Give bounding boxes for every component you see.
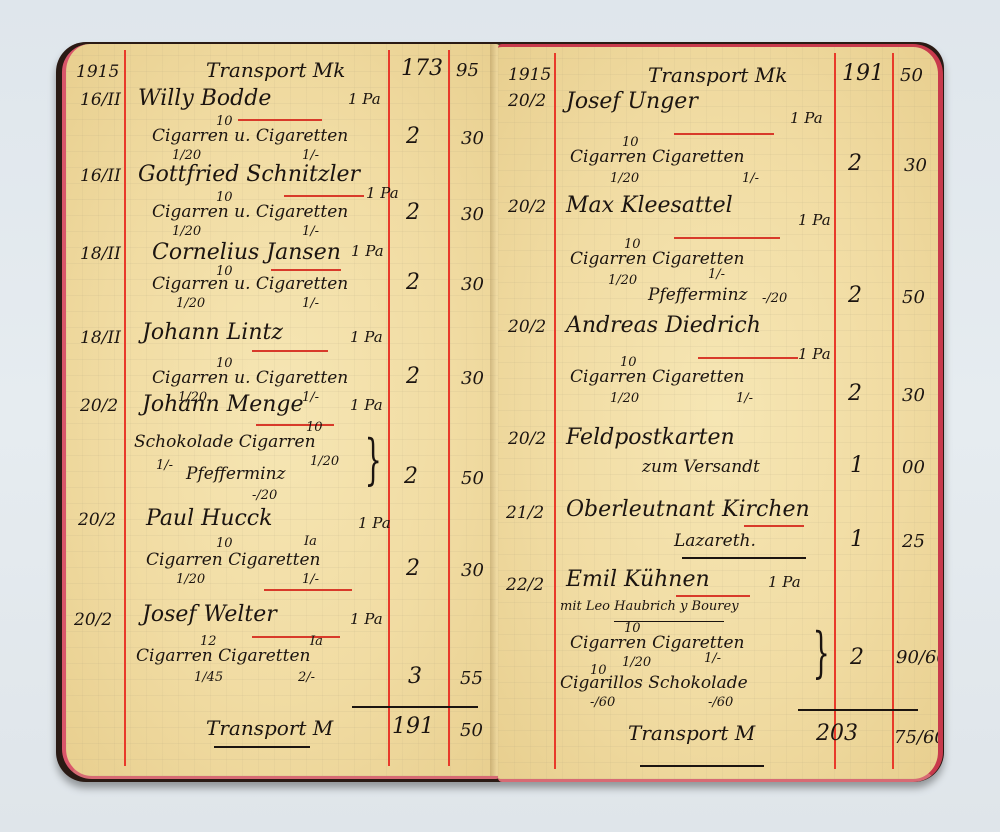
entry-mark: 1 [850,453,864,478]
entry-unit: 1 Pa [350,328,383,346]
entry-date: 20/2 [78,510,116,530]
entry-name: Willy Bodde [138,86,271,111]
entry-sub-b: 1/- [736,391,753,406]
name-underline [674,237,780,239]
entry-unit: 1 Pa [350,610,383,628]
name-underline [238,119,322,121]
transport-footer-pf: 75/60 [894,727,943,748]
entry-date: 22/2 [506,575,544,595]
footer-underline [214,746,310,748]
entry-items: Cigarren Cigaretten [570,147,744,167]
entry-pf: 30 [461,368,484,389]
entry-mark: 2 [850,645,864,670]
pfennig-column-rule [892,53,894,769]
transport-footer-label: Transport M [206,716,333,740]
entry-grade: Ia [304,534,317,549]
entry-sub-a: 1/20 [176,296,205,311]
transport-footer-mark: 203 [816,721,858,746]
entry-name: Gottfried Schnitzler [138,162,360,187]
entry-line2: zum Versandt [642,457,760,477]
entry-mark: 2 [848,381,862,406]
name-underline [284,195,364,197]
entry-qty: 10 [216,536,233,551]
entry-extra: Pfefferminz [648,285,748,305]
entry-sub-a: 1/20 [622,655,651,670]
entry-sub-b: 1/- [708,267,725,282]
entry-sub-b: 1/- [302,572,319,587]
entry-unit: 1 Pa [366,184,399,202]
entry-name: Paul Hucck [146,506,272,531]
entry-mark: 3 [408,664,422,689]
entry-date: 18/II [80,328,121,348]
entry-unit: 1 Pa [351,242,384,260]
entry-name: Emil Kühnen [566,567,710,592]
name-underline [674,133,774,135]
entry-pf: 30 [461,204,484,225]
transport-header-mark: 173 [401,56,443,81]
entry-unit: 1 Pa [798,345,831,363]
entry-name: Josef Welter [142,602,277,627]
pfennig-column-rule [448,50,450,766]
total-rule [352,706,478,708]
name-underline [252,350,328,352]
entry-date: 16/II [80,90,121,110]
entry-sub-b: 1/- [302,148,319,163]
entry-sub-a: 1/20 [172,148,201,163]
total-rule [798,709,918,711]
entry-pf: 25 [902,531,925,552]
entry-sub-b: 1/- [302,224,319,239]
date-column-rule [554,53,556,769]
entry-extra-price: -/20 [762,291,787,306]
entry-extra-price-a: -/60 [590,695,615,710]
entry-extra-price: -/20 [252,488,277,503]
entry-name: Johann Lintz [142,320,283,345]
entry-extra: Cigarillos Schokolade [560,673,748,693]
mark-column-rule [388,50,390,766]
entry-items: Cigarren u. Cigaretten [152,126,348,146]
entry-pf: 50 [461,468,484,489]
entry-items: Cigarren Cigaretten [136,646,310,666]
entry-note: mit Leo Haubrich y Bourey [560,599,739,614]
left-page: 1915 Transport Mk 173 95 16/II Willy Bod… [62,44,500,779]
entry-sub-a: 1/20 [172,224,201,239]
entry-sub-b: 1/- [302,296,319,311]
transport-footer-pf: 50 [460,720,483,741]
transport-footer-label: Transport M [628,721,755,745]
right-page: 1915 Transport Mk 191 50 20/2 Josef Unge… [498,44,943,782]
entry-mark: 2 [406,556,420,581]
entry-date: 20/2 [508,317,546,337]
entry-items: Cigarren u. Cigaretten [152,274,348,294]
entry-mark: 2 [406,200,420,225]
entry-extra-price-b: -/60 [708,695,733,710]
entry-line2: Lazareth. [674,531,756,551]
entry-pf: 50 [902,287,925,308]
name-underline [252,636,340,638]
footer-underline [640,765,764,767]
entry-sub-b: 2/- [298,670,315,685]
entry-items: Cigarren u. Cigaretten [152,202,348,222]
entry-pf: 30 [461,560,484,581]
entry-mark: 2 [406,124,420,149]
entry-name: Andreas Diedrich [566,313,761,338]
entry-date: 20/2 [80,396,118,416]
entry-items: Cigarren Cigaretten [570,249,744,269]
entry-sub-b: 1/- [302,390,319,405]
entry-pf: 30 [461,128,484,149]
entry-sub-a: 1/20 [608,273,637,288]
entry-date: 16/II [80,166,121,186]
entry-unit: 1 Pa [348,90,381,108]
name-underline [744,525,804,527]
entry-name: Cornelius Jansen [152,240,341,265]
entry-date: 18/II [80,244,121,264]
entry-date: 20/2 [508,429,546,449]
entry-sub-a: 1/20 [176,572,205,587]
entry-grade: Ia [310,634,323,649]
entry-extra: Pfefferminz [186,464,286,484]
entry-date: 20/2 [508,197,546,217]
entry-name: Oberleutnant Kirchen [566,497,810,522]
transport-header-pf: 50 [900,65,923,86]
entry-items: Cigarren Cigaretten [146,550,320,570]
entry-pf: 30 [902,385,925,406]
entry-sub-b: 1/- [742,171,759,186]
grouping-brace: } [365,428,382,491]
entry-unit: 1 Pa [790,109,823,127]
entry-name: Max Kleesattel [566,193,733,218]
entry-sub-a: 1/20 [610,391,639,406]
entry-mark: 2 [404,464,418,489]
entry-mark: 2 [848,151,862,176]
transport-header-pf: 95 [456,60,479,81]
entry-sub-b: 1/- [704,651,721,666]
date-column-rule [124,50,126,766]
entry-pf: 00 [902,457,925,478]
entry-sub-a: 1/20 [610,171,639,186]
entry-unit: 1 Pa [358,514,391,532]
transport-footer-mark: 191 [392,714,434,739]
entry-items: Schokolade Cigarren [134,432,316,452]
transport-header-label: Transport Mk [648,63,787,87]
entry-pf: 55 [460,668,483,689]
entry-divider [682,557,806,559]
entry-name: Josef Unger [566,89,698,114]
transport-header-mark: 191 [842,61,884,86]
entry-name: Feldpostkarten [566,425,735,450]
entry-date: 20/2 [508,91,546,111]
entry-pf: 30 [461,274,484,295]
entry-unit: 1 Pa [350,396,383,414]
entry-items: Cigarren Cigaretten [570,633,744,653]
entry-mark: 2 [406,270,420,295]
name-underline [698,357,798,359]
mark-column-rule [834,53,836,769]
year: 1915 [76,62,119,82]
entry-items: Cigarren u. Cigaretten [152,368,348,388]
entry-sub-a: 1/- [156,458,173,473]
name-underline [271,269,341,271]
transport-header-label: Transport Mk [206,58,345,82]
name-underline [264,589,352,591]
name-underline [676,595,750,597]
entry-pf: 30 [904,155,927,176]
entry-sub-b: 1/20 [310,454,339,469]
entry-mark: 1 [850,527,864,552]
entry-mark: 2 [848,283,862,308]
entry-pf: 90/60 [896,647,943,668]
entry-date: 21/2 [506,503,544,523]
entry-date: 20/2 [74,610,112,630]
entry-items: Cigarren Cigaretten [570,367,744,387]
entry-mark: 2 [406,364,420,389]
entry-unit: 1 Pa [798,211,831,229]
entry-sub-a: 1/45 [194,670,223,685]
entry-name: Johann Menge [142,392,304,417]
year: 1915 [508,65,551,85]
entry-unit: 1 Pa [768,573,801,591]
grouping-brace: } [813,621,830,684]
